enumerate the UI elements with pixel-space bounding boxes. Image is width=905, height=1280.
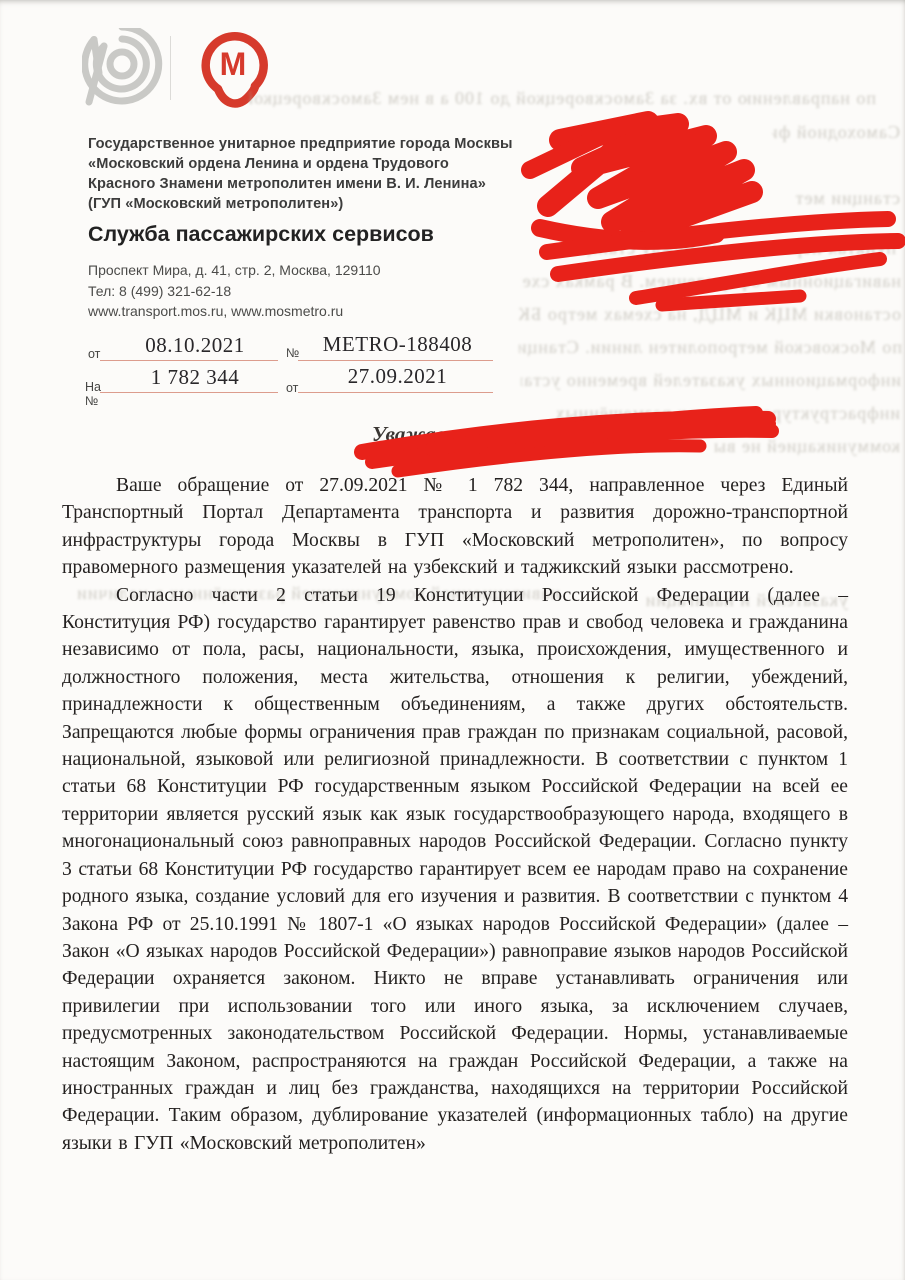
bleed-through-text-line: инфраструктурах вывесок размещённых здес… — [557, 403, 900, 424]
contact-block: Проспект Мира, д. 41, стр. 2, Москва, 12… — [88, 260, 518, 322]
organization-name-line: (ГУП «Московский метрополитен») — [88, 194, 518, 214]
field-label-number: № — [286, 346, 299, 360]
bleed-through-text-line: по Московской метрополитен линии. Станци… — [519, 337, 902, 358]
field-value-letter-date: 08.10.2021 — [110, 333, 280, 358]
field-label-reply-date: от — [286, 381, 298, 395]
scanned-letter-page: М Государственное унитарное предприятие … — [0, 0, 905, 1280]
bleed-through-text-line: пунктах пересадочных между станциями — [524, 238, 896, 259]
phone-line: Тел: 8 (499) 321-62-18 — [88, 281, 518, 302]
organization-name-line: «Московский ордена Ленина и ордена Трудо… — [88, 154, 518, 174]
bleed-through-text-line: станции метро — [796, 188, 900, 209]
field-underline — [298, 360, 493, 361]
department-title: Служба пассажирских сервисов — [88, 222, 588, 247]
field-value-incoming-number: 1 782 344 — [110, 365, 280, 390]
field-underline — [100, 392, 278, 393]
body-paragraph: Ваше обращение от 27.09.2021 № 1 782 344… — [62, 472, 848, 582]
bleed-through-text-line: Самоходной фил — [772, 122, 900, 143]
field-underline — [298, 392, 493, 393]
field-underline — [100, 360, 278, 361]
logo-divider — [170, 36, 171, 100]
metro-logo-letter: М — [220, 46, 247, 82]
field-value-incoming-date: 27.09.2021 — [305, 364, 490, 389]
website-line: www.transport.mos.ru, www.mosmetro.ru — [88, 301, 518, 322]
bleed-through-text-line: по направлению от вх. за Замоскворецкой … — [248, 88, 876, 109]
field-label-reply-to: На № — [85, 380, 101, 408]
bleed-through-text-line: остановки МЦК и МЦД, на схемах метро БКЛ… — [519, 304, 901, 325]
letter-body: Ваше обращение от 27.09.2021 № 1 782 344… — [62, 472, 848, 1157]
moscow-transport-logo-icon — [85, 28, 159, 102]
field-value-letter-number: METRO-188408 — [305, 332, 490, 357]
bleed-through-text-line: навигационным оформлением. В рамках схем… — [521, 271, 901, 292]
address-line: Проспект Мира, д. 41, стр. 2, Москва, 12… — [88, 260, 518, 281]
field-label-from: от — [88, 347, 100, 361]
organization-name-line: Государственное унитарное предприятие го… — [88, 134, 518, 154]
body-paragraph: Согласно части 2 статьи 19 Конституции Р… — [62, 582, 848, 1158]
bleed-through-text-line: коммуникацией не вы — [688, 436, 900, 457]
organization-name-block: Государственное унитарное предприятие го… — [88, 134, 518, 214]
salutation-fragment: Уважаем — [372, 422, 459, 447]
bleed-through-text-line: информационных указателей временно устан… — [521, 370, 901, 391]
organization-name-line: Красного Знамени метрополитен имени В. И… — [88, 174, 518, 194]
